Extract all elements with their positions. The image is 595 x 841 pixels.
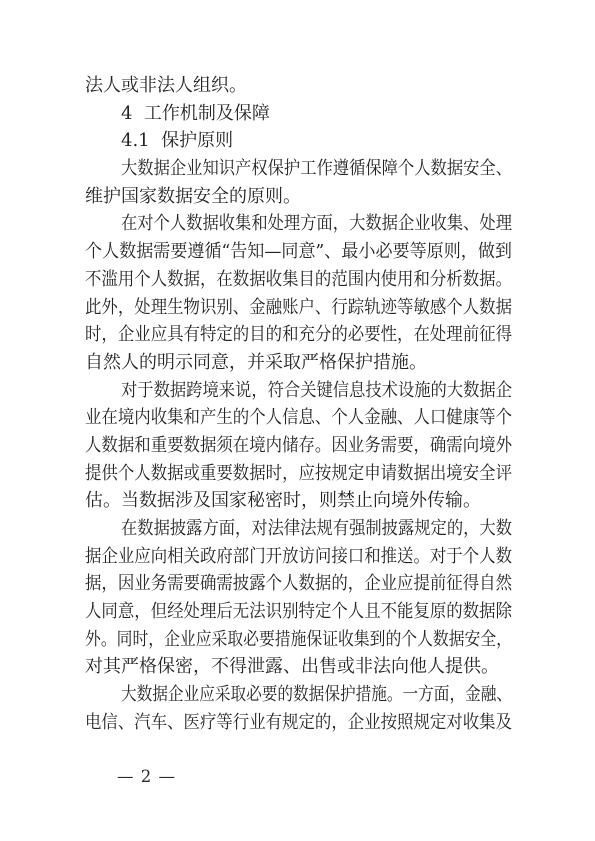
body-paragraph-line: 据企业应向相关政府部门开放访问接口和推送。对于个人数 <box>85 543 512 571</box>
body-paragraph-line: 不滥用个人数据，在数据收集目的范围内使用和分析数据。 <box>85 266 512 294</box>
text-run: 估。当数据涉及国家秘密时，则禁止向境外传输。 <box>85 487 481 515</box>
text-run: 据，因业务需要确需披露个人数据的，企业应提前征得自然 <box>85 570 512 598</box>
text-run: 人同意，但经处理后无法识别特定个人且不能复原的数据除 <box>85 598 512 626</box>
text-run: 此外，处理生物识别、金融账户、行踪轨迹等敏感个人数据 <box>85 294 512 322</box>
text-run: 4.1 保护原则 <box>121 127 233 155</box>
text-run: 对其严格保密，不得泄露、出售或非法向他人提供。 <box>85 653 499 681</box>
document-page: 法人或非法人组织。4 工作机制及保障4.1 保护原则大数据企业知识产权保护工作遵… <box>0 0 595 841</box>
body-paragraph-line: 大数据企业应采取必要的数据保护措施。一方面，金融、 <box>85 681 512 709</box>
heading-level-2-line: 4.1 保护原则 <box>85 127 512 155</box>
text-run: 人数据和重要数据须在境内储存。因业务需要，确需向境外 <box>85 432 512 460</box>
heading-level-1-line: 4 工作机制及保障 <box>85 100 512 128</box>
document-body: 法人或非法人组织。4 工作机制及保障4.1 保护原则大数据企业知识产权保护工作遵… <box>85 72 512 737</box>
body-paragraph-line: 业在境内收集和产生的个人信息、个人金融、人口健康等个 <box>85 404 512 432</box>
text-run: 业在境内收集和产生的个人信息、个人金融、人口健康等个 <box>85 404 512 432</box>
body-paragraph-line: 在对个人数据收集和处理方面，大数据企业收集、处理 <box>85 210 512 238</box>
body-paragraph-line: 电信、汽车、医疗等行业有规定的，企业按照规定对收集及 <box>85 709 512 737</box>
text-run: 在数据披露方面，对法律法规有强制披露规定的，大数 <box>121 515 512 543</box>
body-paragraph-line: 据，因业务需要确需披露个人数据的，企业应提前征得自然 <box>85 570 512 598</box>
body-paragraph-line: 对其严格保密，不得泄露、出售或非法向他人提供。 <box>85 653 512 681</box>
page-number: — 2 — <box>117 767 176 787</box>
text-run: 在对个人数据收集和处理方面，大数据企业收集、处理 <box>121 210 512 238</box>
body-paragraph-line: 在数据披露方面，对法律法规有强制披露规定的，大数 <box>85 515 512 543</box>
body-paragraph-line: 时，企业应具有特定的目的和充分的必要性，在处理前征得 <box>85 321 512 349</box>
body-continuation-line: 法人或非法人组织。 <box>85 72 512 100</box>
body-paragraph-line: 估。当数据涉及国家秘密时，则禁止向境外传输。 <box>85 487 512 515</box>
text-run: 据企业应向相关政府部门开放访问接口和推送。对于个人数 <box>85 543 512 571</box>
text-run: 提供个人数据或重要数据时，应按规定申请数据出境安全评 <box>85 460 512 488</box>
text-run: 4 工作机制及保障 <box>121 100 270 128</box>
text-run: 时，企业应具有特定的目的和充分的必要性，在处理前征得 <box>85 321 512 349</box>
body-paragraph-line: 自然人的明示同意，并采取严格保护措施。 <box>85 349 512 377</box>
text-run: 法人或非法人组织。 <box>85 72 247 100</box>
text-run: 个人数据需要遵循“告知—同意”、最小必要等原则，做到 <box>85 238 512 266</box>
text-run: 维护国家数据安全的原则。 <box>85 183 301 211</box>
body-paragraph-line: 对于数据跨境来说，符合关键信息技术设施的大数据企 <box>85 377 512 405</box>
body-paragraph-line: 大数据企业知识产权保护工作遵循保障个人数据安全、 <box>85 155 512 183</box>
text-run: 电信、汽车、医疗等行业有规定的，企业按照规定对收集及 <box>85 709 512 737</box>
body-paragraph-line: 外。同时，企业应采取必要措施保证收集到的个人数据安全， <box>85 626 512 654</box>
text-run: 不滥用个人数据，在数据收集目的范围内使用和分析数据。 <box>85 266 512 294</box>
body-paragraph-line: 维护国家数据安全的原则。 <box>85 183 512 211</box>
body-paragraph-line: 人同意，但经处理后无法识别特定个人且不能复原的数据除 <box>85 598 512 626</box>
text-run: 自然人的明示同意，并采取严格保护措施。 <box>85 349 427 377</box>
body-paragraph-line: 提供个人数据或重要数据时，应按规定申请数据出境安全评 <box>85 460 512 488</box>
text-run: 大数据企业应采取必要的数据保护措施。一方面，金融、 <box>121 681 512 709</box>
text-run: 对于数据跨境来说，符合关键信息技术设施的大数据企 <box>121 377 512 405</box>
body-paragraph-line: 人数据和重要数据须在境内储存。因业务需要，确需向境外 <box>85 432 512 460</box>
text-run: 大数据企业知识产权保护工作遵循保障个人数据安全、 <box>121 155 512 183</box>
body-paragraph-line: 个人数据需要遵循“告知—同意”、最小必要等原则，做到 <box>85 238 512 266</box>
body-paragraph-line: 此外，处理生物识别、金融账户、行踪轨迹等敏感个人数据 <box>85 294 512 322</box>
text-run: 外。同时，企业应采取必要措施保证收集到的个人数据安全， <box>85 626 512 654</box>
